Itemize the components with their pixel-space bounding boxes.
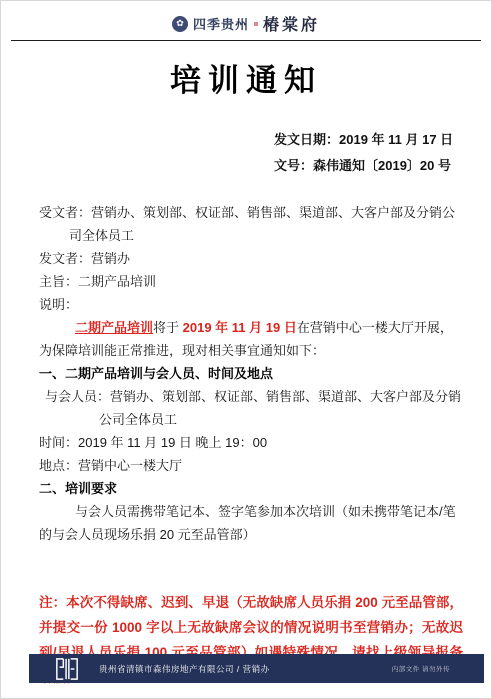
section1-heading: 一、二期产品培训与会人员、时间及地点: [39, 362, 461, 385]
training-date-highlight: 2019 年 11 月 19 日: [183, 320, 297, 335]
training-name-highlight: 二期产品培训: [75, 320, 153, 335]
doc-number-line: 文号：森伟通知〔2019〕20 号: [274, 153, 491, 179]
explain-paragraph: 二期产品培训将于 2019 年 11 月 19 日在营销中心一楼大厅开展，为保障…: [39, 316, 461, 362]
brand-name-primary: 四季贵州: [193, 14, 249, 33]
explain-mid-text: 将于: [153, 320, 183, 335]
confidential-note: 内部文件 请勿外传: [392, 664, 450, 673]
subject-line: 主旨：二期产品培训: [39, 270, 461, 293]
brand-name-secondary: 椿棠府: [263, 12, 320, 35]
company-logo-icon: [55, 657, 79, 681]
footer-bar: 贵州省清镇市森伟房地产有限公司 / 营销办 内部文件 请勿外传: [29, 654, 484, 683]
time-line: 时间：2019 年 11 月 19 日 晚上 19：00: [39, 431, 461, 454]
recipient-line: 受文者：营销办、策划部、权证部、销售部、渠道部、大客户部及分销公司全体员工: [39, 201, 461, 247]
meta-block: 发文日期：2019 年 11 月 17 日 文号：森伟通知〔2019〕20 号: [274, 127, 491, 179]
company-name: 贵州省清镇市森伟房地产有限公司 / 营销办: [99, 663, 270, 675]
brand-separator-icon: [254, 22, 258, 26]
sender-line: 发文者：营销办: [39, 247, 461, 270]
issue-date-line: 发文日期：2019 年 11 月 17 日: [274, 127, 491, 153]
location-line: 地点：营销中心一楼大厅: [39, 454, 461, 477]
page-title: 培训通知: [1, 55, 491, 100]
seal-icon: ✿: [172, 16, 188, 32]
brand-logo: ✿ 四季贵州 椿棠府: [172, 12, 320, 35]
explain-label: 说明：: [39, 293, 461, 316]
attendees-line: 与会人员：营销办、策划部、权证部、销售部、渠道部、大客户部及分销公司全体员工: [39, 385, 461, 431]
header-divider: [11, 40, 481, 41]
document-body: 受文者：营销办、策划部、权证部、销售部、渠道部、大客户部及分销公司全体员工 发文…: [1, 201, 491, 546]
document-header: ✿ 四季贵州 椿棠府: [1, 1, 491, 41]
requirement-paragraph: 与会人员需携带笔记本、签字笔参加本次培训（如未携带笔记本/笔的与会人员现场乐捐 …: [39, 500, 461, 546]
notice-document-page: ✿ 四季贵州 椿棠府 培训通知 发文日期：2019 年 11 月 17 日 文号…: [0, 0, 492, 699]
section2-heading: 二、培训要求: [39, 477, 461, 500]
